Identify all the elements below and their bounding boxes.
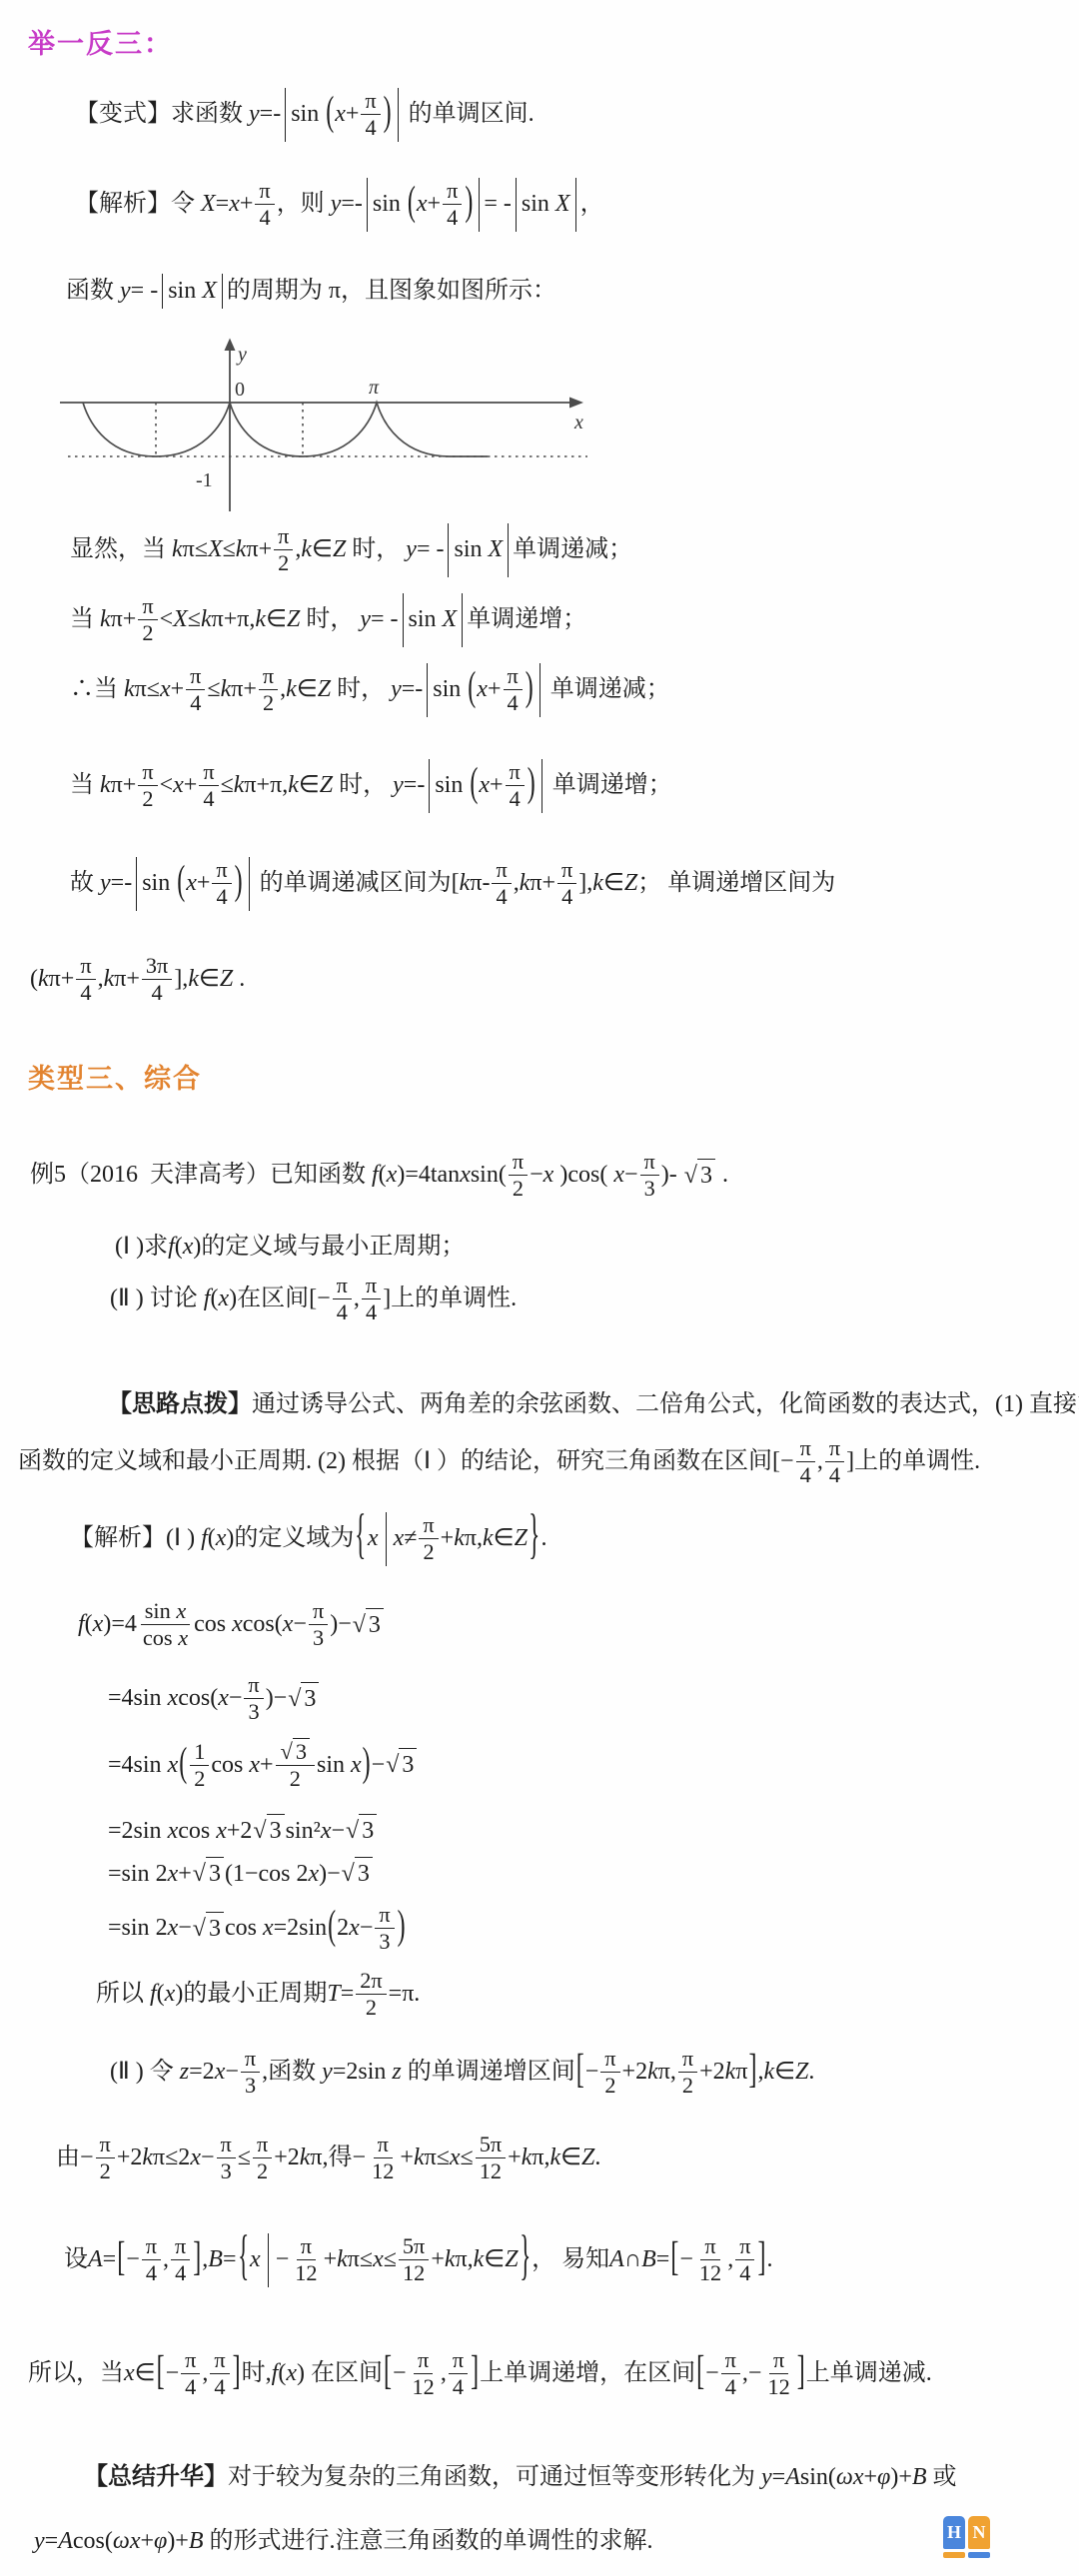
denominator: 4 [186, 690, 205, 716]
math-text: 4 [561, 884, 572, 909]
denominator: 3 [244, 1699, 263, 1725]
math-text: 4 [725, 2374, 736, 2399]
math-text: sin [435, 769, 469, 803]
fraction: π4 [449, 2347, 468, 2401]
math-variable: x [130, 2528, 141, 2554]
math-text: x+ [417, 188, 441, 222]
x-axis-arrow-icon [569, 398, 583, 409]
big-bracket: ) [384, 98, 392, 132]
math-text: ,B= [202, 2243, 236, 2277]
math-text: 3 [313, 1625, 324, 1650]
function-name: sin [122, 1915, 150, 1941]
fraction: π4 [255, 178, 274, 232]
math-variable: x [368, 1525, 379, 1551]
math-variable: A [785, 2464, 800, 2490]
math-variable: x [183, 1234, 194, 1260]
numerator: π [244, 1672, 263, 1699]
numerator: π [309, 1598, 328, 1625]
math-text: +2kπ≤2x− [117, 2142, 215, 2175]
denominator: 2 [678, 2073, 697, 2099]
math-text: π [301, 2233, 312, 2258]
logo-letter-h-icon: H [943, 2516, 965, 2549]
math-text: 例5（2016 天津高考）已知函数 f(x)=4tanxsin( [30, 1159, 507, 1193]
math-text: π [185, 2347, 196, 2372]
math-variable: x [176, 1598, 186, 1623]
math-text: 4 [800, 1462, 811, 1487]
math-text: 3 [369, 1612, 381, 1638]
math-text: ,k∈Z. [757, 2056, 814, 2090]
brand-logo: H N [943, 2516, 990, 2558]
math-text: sin x [317, 1749, 362, 1783]
math-variable: φ [877, 2464, 890, 2490]
math-text: 4 [453, 2374, 464, 2399]
radicand: 3 [293, 1738, 310, 1765]
math-text: π [739, 2233, 750, 2258]
fraction: π2 [96, 2132, 115, 2185]
square-root: √3 [281, 1738, 310, 1765]
math-variable: x [190, 2145, 201, 2170]
math-variable: x [93, 1611, 104, 1637]
math-text: . [540, 1522, 546, 1556]
numerator: π [449, 2347, 468, 2374]
math-variable: x [168, 1752, 179, 1778]
denominator: 4 [504, 690, 523, 716]
vertical-bar [268, 2233, 269, 2287]
fraction: π4 [796, 1435, 815, 1489]
radicand: 3 [399, 1748, 417, 1783]
math-text: π [800, 1435, 811, 1460]
function-name: sin [168, 278, 196, 304]
math-variable: k [414, 2145, 425, 2170]
big-bracket: ] [748, 2056, 756, 2090]
math-text: 1 [194, 1739, 205, 1764]
fraction: π4 [721, 2347, 740, 2401]
math-text: 3 [221, 2158, 232, 2183]
function-name: sin [317, 1752, 345, 1778]
function-name: cos [258, 1861, 290, 1887]
numerator: π [333, 1273, 352, 1299]
numerator: 2π [356, 1968, 386, 1995]
numerator: sin x [141, 1598, 191, 1625]
denominator: 12 [368, 2158, 398, 2184]
math-text: 2 [604, 2073, 615, 2098]
math-text: π [366, 1273, 377, 1297]
math-variable: x [168, 1861, 179, 1887]
numerator: π [796, 1435, 815, 1462]
logo-right-column: N [968, 2516, 990, 2558]
math-text: ,k∈Z 时， y=- [280, 673, 423, 707]
math-text: ≤ [238, 2142, 251, 2175]
math-text: 单调递减； [513, 533, 632, 567]
math-variable: k [460, 870, 471, 896]
math-text: π [175, 2233, 186, 2258]
math-text: 3 [209, 1916, 221, 1942]
math-text: } [520, 2219, 531, 2296]
numerator: π [76, 953, 95, 980]
denominator: 4 [796, 1462, 815, 1488]
line-analysis-domain: 【解析】(Ⅰ ) f(x)的定义域为{xx≠π2+kπ,k∈Z}. [70, 1512, 546, 1566]
big-bracket: ) [398, 1912, 406, 1946]
fraction: π2 [600, 2046, 619, 2100]
math-variable: k [38, 966, 49, 992]
math-text: − [585, 2056, 599, 2090]
big-bracket: ( [179, 1749, 187, 1783]
denominator: 4 [210, 2374, 229, 2400]
math-text: 2 [423, 1539, 434, 1564]
math-variable: k [104, 966, 115, 992]
radical-icon: √ [342, 1862, 355, 1886]
numerator: π [361, 88, 380, 115]
bold-text: 【总结升华】 [84, 2461, 228, 2495]
function-name: cos [73, 2528, 105, 2554]
document-page: 举一反三： 【变式】求函数 y=-sin (x+π4) 的单调区间. 【解析】令… [0, 0, 1079, 2576]
math-text: 4 [146, 2260, 157, 2285]
math-variable: Z [320, 772, 333, 798]
math-text: 通过诱导公式、两角差的余弦函数、二倍角公式，化简函数的表达式，(1) 直接求出 [252, 1388, 1079, 1422]
line-part2-sets: 设A=[−π4,π4],B={x−π12+kπ≤x≤5π12+kπ,k∈Z}， … [64, 2233, 772, 2287]
math-text: 2 [142, 620, 153, 645]
big-bracket: ] [233, 2357, 241, 2391]
math-text: 4 [510, 786, 521, 811]
math-variable: y [249, 101, 260, 127]
line-fx-step3: =4sin x(12cos x+√32sin x)−√3 [108, 1738, 418, 1793]
math-variable: X [201, 191, 216, 217]
math-text: 2 [194, 1766, 205, 1791]
function-name: cos [143, 1625, 173, 1650]
denominator: 2 [419, 1539, 438, 1565]
function-name: sin [522, 191, 549, 217]
math-variable: x [124, 2360, 135, 2386]
math-variable: x [387, 1162, 398, 1188]
fraction: π12 [695, 2233, 725, 2287]
big-bracket: ) [528, 769, 536, 803]
math-text: π [337, 1273, 348, 1297]
denominator: 4 [825, 1462, 844, 1488]
math-text: (kπ+ [30, 963, 74, 997]
function-name: sin [471, 1162, 499, 1188]
math-variable: k [763, 2059, 774, 2085]
fraction: 5π12 [476, 2132, 506, 2185]
math-text: x [368, 1522, 379, 1556]
math-text: x+ [335, 98, 359, 132]
math-text: − [372, 1749, 386, 1783]
radical-icon: √ [386, 1753, 399, 1777]
fraction: π4 [362, 1273, 381, 1326]
radical-icon: √ [253, 1819, 266, 1843]
math-variable: f [201, 1525, 208, 1551]
numerator: π [557, 857, 576, 884]
line-part1-question: (Ⅰ )求f(x)的定义域与最小正周期； [115, 1231, 465, 1265]
math-variable: k [172, 536, 183, 562]
line-analysis-substitution: 【解析】令 X=x+π4，则 y=-sin (x+π4)= -sin X， [75, 178, 604, 232]
graph-origin-label: 0 [235, 379, 245, 401]
denominator: 4 [361, 115, 380, 141]
numerator: π [362, 1273, 381, 1299]
math-variable: k [522, 2145, 533, 2170]
math-text: 上单调递增，在区间 [480, 2357, 695, 2391]
math-variable: x [218, 1685, 229, 1711]
numerator: 5π [476, 2132, 506, 2158]
big-bracket: ] [193, 2243, 201, 2277]
function-name: sin [409, 606, 437, 632]
denominator: 4 [333, 1299, 352, 1325]
radicand: 3 [301, 1682, 319, 1717]
big-bracket: ) [235, 867, 243, 901]
math-text: ，则 y=- [277, 188, 363, 222]
numerator: π [443, 178, 462, 205]
math-text: π [313, 1598, 324, 1623]
fraction: π4 [492, 857, 511, 911]
math-text: ∴当 kπ≤x+ [70, 673, 184, 707]
big-bracket: } [520, 2243, 532, 2277]
math-variable: k [725, 2059, 736, 2085]
math-text: 2 [366, 1995, 377, 2020]
numerator: π [259, 663, 278, 690]
math-variable: x [215, 2059, 226, 2085]
math-text: π [644, 1149, 655, 1174]
math-text: π [682, 2046, 693, 2071]
denominator: 4 [721, 2374, 740, 2400]
math-text: 12 [480, 2158, 502, 2183]
math-text: x+ [186, 867, 210, 901]
math-text: =sin 2x+ [108, 1858, 192, 1892]
radical-icon: √ [288, 1687, 301, 1711]
math-text: (Ⅱ ) 令 z=2x− [110, 2056, 239, 2090]
numerator: π [241, 2046, 260, 2073]
line-fx-step4: =2sin xcos x+2√3sin²x−√3 [108, 1814, 378, 1849]
math-text: 12 [413, 2374, 435, 2399]
math-text: 的单调区间. [403, 98, 535, 132]
math-text: +2kπ, [622, 2056, 676, 2090]
fraction: π2 [138, 593, 157, 647]
denominator: 2 [286, 1766, 305, 1792]
math-text: ( [408, 175, 416, 233]
math-text: − [276, 2243, 290, 2277]
big-bracket: ) [363, 1749, 371, 1783]
math-text: 函数的定义域和最小正周期. (2) 根据（Ⅰ ）的结论，研究三角函数在区间[− [18, 1445, 794, 1479]
math-variable: x [216, 1525, 227, 1551]
math-text: sin [433, 673, 467, 707]
absolute-value: sin (x+π4) [136, 857, 249, 911]
denominator: 2 [190, 1766, 209, 1792]
math-text: π [263, 663, 274, 688]
math-text: 12 [295, 2260, 317, 2285]
math-text: 故 y=- [70, 867, 132, 901]
fraction: π4 [181, 2347, 200, 2401]
math-variable: Z [318, 676, 331, 702]
fraction: sin xcos x [139, 1598, 192, 1652]
line-fx-step6: =sin 2x−√3cos x=2sin(2x−π3) [108, 1902, 407, 1956]
math-text: 函数 y= - [66, 275, 158, 309]
math-text: 2 [513, 1176, 524, 1201]
math-variable: x [417, 191, 428, 217]
denominator: 4 [199, 786, 218, 812]
math-variable: x [178, 1625, 188, 1650]
numerator: π [721, 2347, 740, 2374]
math-variable: x [218, 1286, 229, 1311]
function-name: sin [800, 2464, 828, 2490]
function-name: cos [211, 1752, 243, 1778]
math-text: π [423, 1512, 434, 1537]
math-text: 2 [142, 786, 153, 811]
math-text: π [100, 2132, 111, 2156]
math-text: 3 [402, 1752, 414, 1778]
math-variable: k [188, 966, 199, 992]
math-text: sin X [522, 188, 570, 222]
math-text: 4 [496, 884, 507, 909]
line-hint-2: 函数的定义域和最小正周期. (2) 根据（Ⅰ ）的结论，研究三角函数在区间[−π… [18, 1435, 980, 1489]
math-text: 的周期为 π，且图象如图所示： [227, 275, 556, 309]
math-text: cos x+ [211, 1749, 273, 1783]
math-text: +kπ≤x≤ [324, 2243, 397, 2277]
math-text: 4 [337, 1299, 348, 1324]
math-variable: ω [836, 2464, 853, 2490]
fraction: π4 [735, 2233, 754, 2287]
absolute-value: sin X [516, 178, 576, 232]
math-text: ] [757, 2230, 765, 2288]
math-text: ( [470, 756, 478, 814]
absolute-value: sin (x+π4) [285, 88, 398, 142]
math-text: sin²x− [286, 1815, 345, 1849]
function-name: sin [145, 1598, 171, 1623]
math-text: − [126, 2243, 140, 2277]
fraction: √32 [276, 1738, 315, 1793]
denominator: 2 [96, 2158, 115, 2184]
absolute-value: sin X [162, 274, 223, 309]
math-text: . [716, 1159, 728, 1193]
fraction: π4 [212, 857, 231, 911]
math-text: ) [384, 85, 392, 143]
math-text: π [221, 2132, 232, 2156]
denominator: cos x [139, 1625, 192, 1651]
math-variable: k [124, 676, 135, 702]
fraction: π4 [210, 2347, 229, 2401]
math-text: ],k∈Z . [174, 963, 245, 997]
line-period-note: 函数 y= -sin X的周期为 π，且图象如图所示： [66, 274, 556, 309]
math-text: , [727, 2243, 733, 2277]
big-bracket: ( [326, 98, 334, 132]
denominator: 4 [148, 980, 167, 1006]
math-text: +2kπ [699, 2056, 747, 2090]
fraction: 2π2 [356, 1968, 386, 2022]
line-monotonic-increase-X: 当 kπ+π2<X≤kπ+π,k∈Z 时， y= -sin X单调递增； [70, 593, 586, 647]
function-name: tan [431, 1162, 460, 1188]
big-bracket: ( [468, 673, 476, 707]
numerator: π [138, 593, 157, 620]
math-text: = - [484, 188, 512, 222]
math-variable: Z [505, 2246, 518, 2272]
math-text: ]上的单调性. [846, 1445, 980, 1479]
math-variable: x [477, 676, 488, 702]
fraction: π4 [825, 1435, 844, 1489]
math-text: ( [177, 854, 185, 912]
fraction: π3 [244, 1672, 263, 1726]
big-bracket: { [355, 1522, 367, 1556]
math-text: <x+ [160, 769, 198, 803]
math-variable: f [204, 1286, 211, 1311]
line-monotonic-decrease-X: 显然，当 kπ≤X≤kπ+π2,k∈Z 时， y= -sin X单调递减； [70, 523, 632, 577]
math-text: <X≤kπ+π,k∈Z 时， y= - [160, 603, 399, 637]
numerator: π [769, 2347, 788, 2374]
numerator: π [492, 857, 511, 884]
math-variable: x [249, 1752, 260, 1778]
math-text: 【解析】(Ⅰ ) f(x)的定义域为 [70, 1522, 354, 1556]
math-text: ]上的单调性. [383, 1283, 517, 1316]
numerator: π [171, 2233, 190, 2260]
function-name: cos [178, 1818, 210, 1844]
math-variable: x [263, 1915, 274, 1941]
absolute-value: sin X [448, 523, 509, 577]
square-root: √3 [253, 1814, 284, 1849]
numerator: π [186, 663, 205, 690]
math-variable: B [189, 2528, 204, 2554]
math-text: ,kπ+ [514, 867, 555, 901]
math-text: π [447, 178, 458, 203]
numerator: π [374, 2132, 393, 2158]
big-bracket: ( [470, 769, 478, 803]
math-text: ) [526, 660, 534, 718]
math-text: ， [580, 188, 604, 222]
math-text: π [418, 2347, 429, 2372]
math-text: 由− [56, 2142, 94, 2175]
numerator: π [210, 2347, 229, 2374]
math-text: 4 [365, 115, 376, 140]
math-text: +kπ,k∈Z. [508, 2142, 600, 2175]
graph-neg-one-label: -1 [196, 469, 213, 491]
denominator: 2 [253, 2158, 272, 2184]
math-variable: Z [333, 536, 346, 562]
numerator: π [509, 1149, 528, 1176]
math-variable: x [394, 1525, 405, 1551]
fraction: π4 [443, 178, 462, 232]
fraction: π12 [763, 2347, 793, 2401]
denominator: 4 [76, 980, 95, 1006]
math-variable: x [335, 101, 346, 127]
math-text: π [508, 663, 519, 688]
fraction: π4 [76, 953, 95, 1007]
math-variable: k [255, 606, 266, 632]
math-text: ) [465, 175, 473, 233]
math-text: ) [363, 1735, 371, 1793]
math-text: (Ⅰ )求f(x)的定义域与最小正周期； [115, 1231, 465, 1265]
math-text: π [257, 2132, 268, 2156]
math-variable: A [609, 2246, 624, 2272]
math-text: [ [576, 2043, 584, 2101]
math-variable: x [216, 1818, 227, 1844]
line-min-period: 所以 f(x)的最小正周期T=2π2=π. [96, 1968, 420, 2022]
radical-icon: √ [281, 1741, 293, 1763]
math-variable: k [286, 676, 297, 702]
big-bracket: ( [177, 867, 185, 901]
radicand: 3 [355, 1857, 373, 1892]
math-text: { [356, 1498, 367, 1575]
fraction: π2 [678, 2046, 697, 2100]
math-text: 12 [699, 2260, 721, 2285]
math-text: 对于较为复杂的三角函数，可通过恒等变形转化为 y=Asin(ωx+φ)+B 或 [228, 2461, 957, 2495]
math-variable: y [393, 772, 404, 798]
fraction: π2 [274, 523, 293, 577]
math-text: π [190, 663, 201, 688]
math-variable: k [201, 606, 212, 632]
denominator: 4 [735, 2260, 754, 2286]
math-text: cos x=2sin [225, 1912, 327, 1946]
math-text: [ [117, 2230, 125, 2288]
math-variable: y [100, 870, 111, 896]
math-text: ) [235, 854, 243, 912]
big-bracket: ] [471, 2357, 479, 2391]
math-text: π [142, 759, 153, 784]
math-text: π [725, 2347, 736, 2372]
